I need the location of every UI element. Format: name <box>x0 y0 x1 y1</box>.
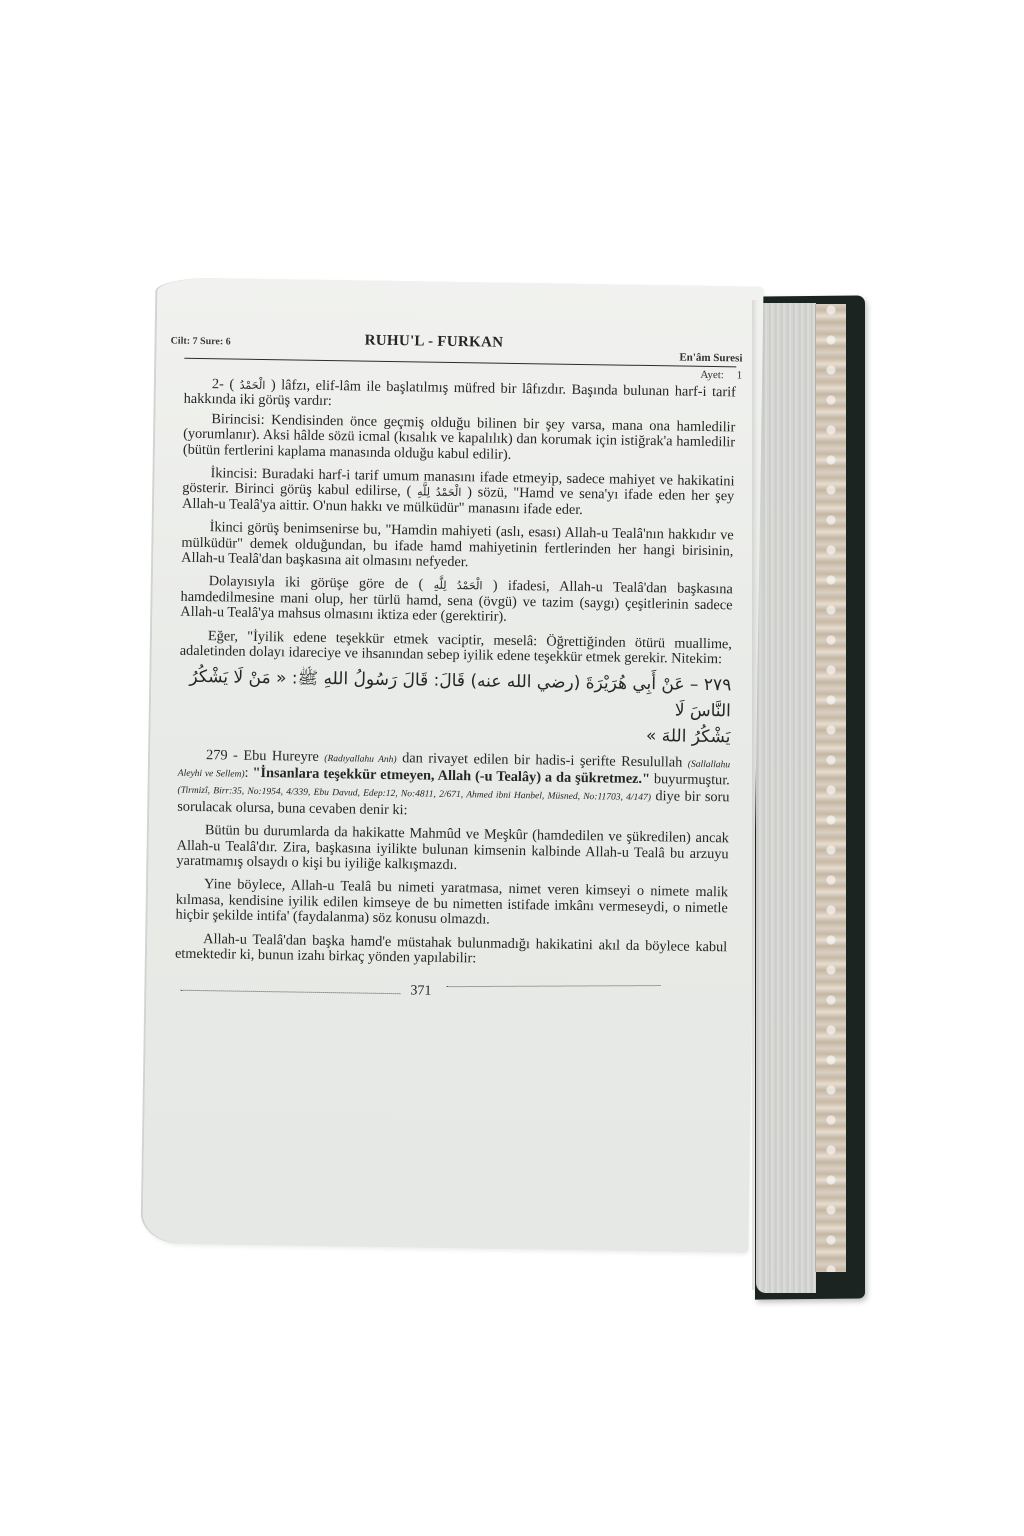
paragraph-5: Dolayısıyla iki görüşe göre de ( الْحَمْ… <box>180 574 733 629</box>
paragraph-6: Eğer, "İyilik edene teşekkür etmek vacip… <box>180 628 732 667</box>
ayet-label: Ayet: <box>700 369 724 381</box>
footer-dotted-rule <box>180 990 400 994</box>
hadith-arabic-line-1: ٢٧٩ – عَنْ أَبِي هُرَيْرَةَ (رضي الله عن… <box>189 666 731 721</box>
page-gutter-shadow <box>752 300 758 1290</box>
sura-name: En'âm Suresi <box>679 352 742 365</box>
paragraph-1: 2- ( الْحَمْدُ ) lâfzı, elif-lâm ile baş… <box>184 377 736 416</box>
page-number: 371 <box>410 984 431 1000</box>
paragraph-8: Bütün bu durumlarda da hakikatte Mahmûd … <box>176 823 729 878</box>
paragraph-9: Yine böylece, Allah-u Tealâ bu nimeti ya… <box>175 877 728 932</box>
hadith-arabic-line-2: يَشْكُرُ اللهَ » <box>178 715 730 750</box>
page-footer: 371 <box>174 976 726 1011</box>
volume-sura-label: Cilt: 7 Sure: 6 <box>171 336 231 348</box>
decorative-page-edge <box>815 304 846 1272</box>
paragraph-3: İkincisi: Buradaki harf-i tarif umum man… <box>182 466 735 521</box>
open-book-photo: Cilt: 7 Sure: 6 RUHU'L - FURKAN En'âm Su… <box>0 0 1024 1536</box>
arabic-term: الْحَمْدُ <box>240 379 266 392</box>
paragraph-2: Birincisi: Kendisinden önce geçmiş olduğ… <box>183 412 736 467</box>
book-page: Cilt: 7 Sure: 6 RUHU'L - FURKAN En'âm Su… <box>142 277 763 1252</box>
ayet-number: 1 <box>737 369 743 381</box>
paragraph-10: Allah-u Tealâ'dan başka hamd'e müstahak … <box>175 931 727 970</box>
footer-dotted-rule <box>447 985 661 987</box>
hadith-arabic: ٢٧٩ – عَنْ أَبِي هُرَيْرَةَ (رضي الله عن… <box>178 663 731 750</box>
arabic-term: الْحَمْدُ لِلَّهِ <box>434 579 483 593</box>
honorific: (Radıyallahu Anh) <box>324 753 396 764</box>
page-block-edge <box>756 303 816 1293</box>
paragraph-7-hadith-translation: 279 - Ebu Hureyre (Radıyallahu Anh) dan … <box>177 747 730 823</box>
arabic-term: الْحَمْدُ لِلَّهِ <box>417 486 461 500</box>
paragraph-4: İkinci görüş benimsenirse bu, "Hamdin ma… <box>181 520 734 575</box>
book-title: RUHU'L - FURKAN <box>365 333 504 352</box>
